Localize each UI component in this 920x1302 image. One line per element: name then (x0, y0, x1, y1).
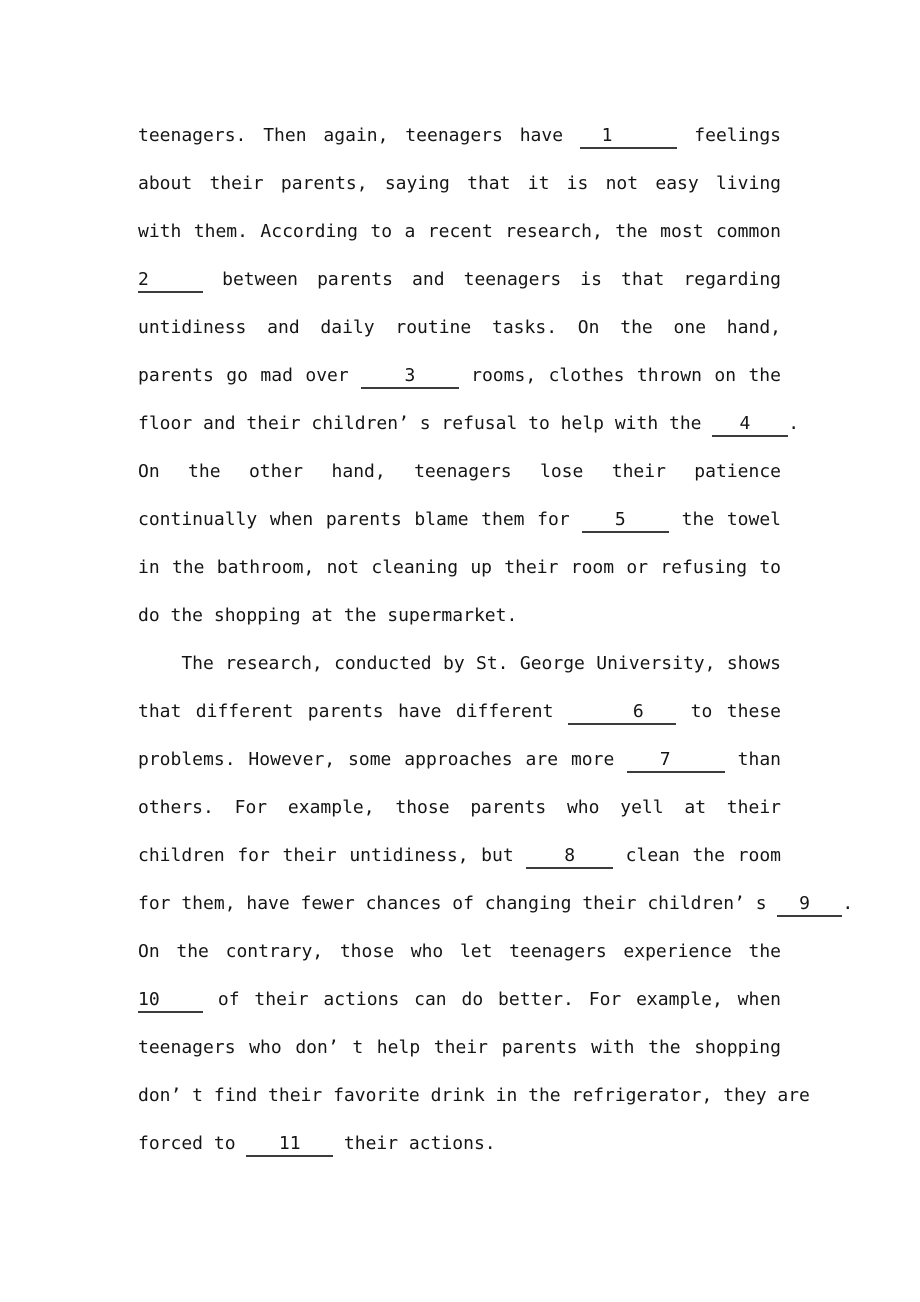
text-line: with them. According to a recent researc… (138, 208, 781, 256)
text-line: about their parents, saying that it is n… (138, 160, 781, 208)
blank-2: 2 (138, 268, 203, 293)
text-line: others. For example, those parents who y… (138, 784, 781, 832)
blank-number: 3 (361, 364, 415, 387)
paragraph: teenagers. Then again, teenagers have 1 … (138, 112, 781, 640)
text-line: floor and their children’ s refusal to h… (138, 400, 799, 448)
text-line: parents go mad over 3 rooms, clothes thr… (138, 352, 781, 400)
passage: teenagers. Then again, teenagers have 1 … (138, 112, 781, 1168)
document-page: teenagers. Then again, teenagers have 1 … (0, 0, 920, 1302)
text-line: On the other hand, teenagers lose their … (138, 448, 781, 496)
text-line: 2 between parents and teenagers is that … (138, 256, 781, 304)
blank-number: 4 (712, 412, 750, 435)
blank-number: 10 (138, 988, 160, 1011)
blank-5: 5 (582, 508, 669, 533)
blank-10: 10 (138, 988, 203, 1013)
paragraph: The research, conducted by St. George Un… (138, 640, 781, 1168)
blank-number: 11 (246, 1132, 300, 1155)
blank-9: 9 (777, 892, 842, 917)
blank-number: 8 (526, 844, 575, 867)
text-line: teenagers. Then again, teenagers have 1 … (138, 112, 781, 160)
text-line: teenagers who don’ t help their parents … (138, 1024, 781, 1072)
blank-number: 9 (777, 892, 810, 915)
text-line: children for their untidiness, but 8 cle… (138, 832, 781, 880)
text-line: untidiness and daily routine tasks. On t… (138, 304, 781, 352)
text-line: do the shopping at the supermarket. (138, 592, 781, 640)
text-line: problems. However, some approaches are m… (138, 736, 781, 784)
blank-1: 1 (580, 124, 678, 149)
text-line: On the contrary, those who let teenagers… (138, 928, 781, 976)
blank-3: 3 (361, 364, 459, 389)
blank-7: 7 (627, 748, 725, 773)
text-line: in the bathroom, not cleaning up their r… (138, 544, 781, 592)
blank-11: 11 (246, 1132, 333, 1157)
text-line: for them, have fewer chances of changing… (138, 880, 853, 928)
blank-number: 2 (138, 268, 149, 291)
text-line: that different parents have different 6 … (138, 688, 781, 736)
text-line: 10 of their actions can do better. For e… (138, 976, 781, 1024)
text-line: The research, conducted by St. George Un… (138, 640, 781, 688)
blank-number: 7 (627, 748, 670, 771)
blank-6: 6 (568, 700, 676, 725)
blank-8: 8 (526, 844, 613, 869)
blank-number: 5 (582, 508, 625, 531)
text-line: continually when parents blame them for … (138, 496, 781, 544)
blank-number: 1 (580, 124, 613, 147)
blank-4: 4 (712, 412, 788, 437)
text-line: don’ t find their favorite drink in the … (138, 1072, 810, 1120)
blank-number: 6 (568, 700, 644, 723)
text-line: forced to 11 their actions. (138, 1120, 781, 1168)
